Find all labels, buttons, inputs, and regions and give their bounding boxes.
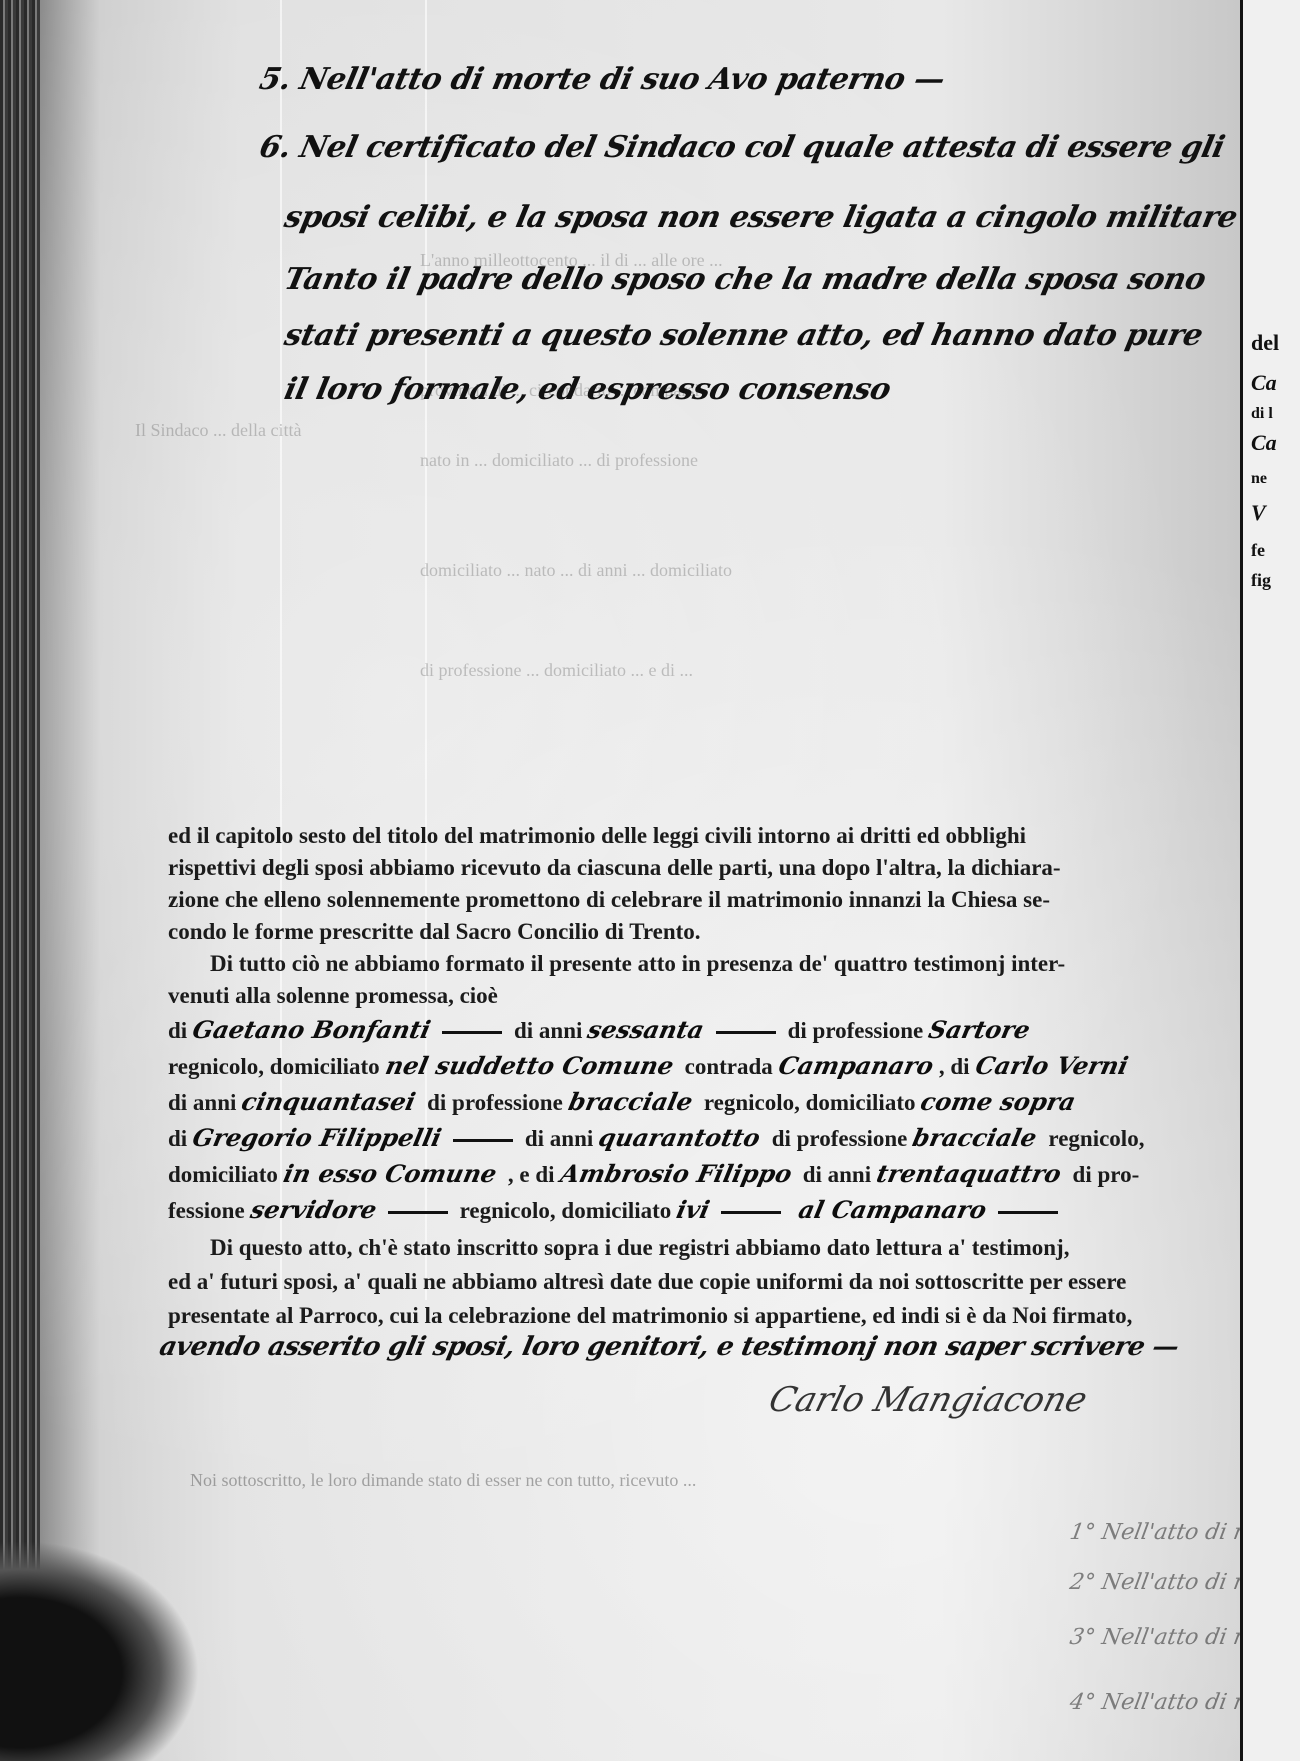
printed-line: condo le forme prescritte dal Sacro Conc… xyxy=(168,916,1248,948)
handwritten-note-line: sposi celibi, e la sposa non essere liga… xyxy=(281,200,1240,235)
witness-profession: Sartore xyxy=(926,1014,1033,1046)
witness-line-1: diGaetano Bonfanti di annisessanta di pr… xyxy=(168,1014,1248,1047)
witness-name: Gaetano Bonfanti xyxy=(190,1014,434,1046)
witness-age: cinquantasei xyxy=(239,1086,419,1118)
witness-residence: ivi xyxy=(674,1194,713,1226)
witness-age: sessanta xyxy=(585,1014,707,1046)
bleed-through-text: Noi sottoscritto, le loro dimande stato … xyxy=(190,1470,696,1491)
bleed-through-text: nato in ... domiciliato ... di professio… xyxy=(420,450,698,471)
witness-line-3: di annicinquantasei di professionebracci… xyxy=(168,1086,1248,1119)
handwritten-note-line: Tanto il padre dello sposo che la madre … xyxy=(281,262,1208,297)
bleed-through-text: di professione ... domiciliato ... e di … xyxy=(420,660,693,681)
witness-age: trentaquattro xyxy=(874,1158,1065,1190)
handwritten-note-5: 5. Nell'atto di morte di suo Avo paterno… xyxy=(256,62,947,97)
printed-line: ed a' futuri sposi, a' quali ne abbiamo … xyxy=(168,1266,1248,1298)
handwritten-note-line: il loro formale, ed espresso consenso xyxy=(281,372,893,407)
witness-age: quarantotto xyxy=(596,1122,764,1154)
registrar-signature: Carlo Mangiacone xyxy=(765,1380,1092,1420)
witness-street: Campanaro xyxy=(775,1050,936,1082)
witness-line-6: fessioneservidore regnicolo, domiciliato… xyxy=(168,1194,1248,1227)
printed-line: Di tutto ciò ne abbiamo formato il prese… xyxy=(210,948,1290,980)
witness-residence: in esso Comune xyxy=(280,1158,499,1190)
printed-line: ed il capitolo sesto del titolo del matr… xyxy=(168,820,1248,852)
printed-line: zione che elleno solennemente promettono… xyxy=(168,884,1248,916)
witness-line-2: regnicolo, domiciliatonel suddetto Comun… xyxy=(168,1050,1248,1083)
closing-handwritten-note: avendo asserito gli sposi, loro genitori… xyxy=(157,1332,1182,1362)
printed-line: venuti alla solenne promessa, cioè xyxy=(168,980,1248,1012)
witness-line-4: diGregorio Filippelli di anniquarantotto… xyxy=(168,1122,1248,1155)
printed-line: rispettivi degli sposi abbiamo ricevuto … xyxy=(168,852,1248,884)
witness-profession: bracciale xyxy=(910,1122,1040,1154)
bleed-through-text: Il Sindaco ... della città xyxy=(135,420,301,441)
witness-profession: bracciale xyxy=(565,1086,695,1118)
witness-line-5: domiciliatoin esso Comune , e diAmbrosio… xyxy=(168,1158,1248,1191)
witness-residence: come sopra xyxy=(918,1086,1079,1118)
witness-street: al Campanaro xyxy=(796,1194,990,1226)
handwritten-note-6: 6. Nel certificato del Sindaco col quale… xyxy=(256,130,1227,165)
thumb-holding-page xyxy=(0,1540,200,1761)
witness-name: Gregorio Filippelli xyxy=(190,1122,445,1154)
adjacent-page-strip: del Ca di l Ca ne V fe fig xyxy=(1240,0,1300,1761)
bleed-through-text: domiciliato ... nato ... di anni ... dom… xyxy=(420,560,732,581)
witness-residence: nel suddetto Comune xyxy=(382,1050,676,1082)
witness-name: Carlo Verni xyxy=(972,1050,1130,1082)
printed-line: presentate al Parroco, cui la celebrazio… xyxy=(168,1300,1248,1332)
handwritten-note-line: stati presenti a questo solenne atto, ed… xyxy=(281,318,1205,353)
witness-name: Ambrosio Filippo xyxy=(557,1158,794,1190)
witness-profession: servidore xyxy=(247,1194,379,1226)
printed-line: Di questo atto, ch'è stato inscritto sop… xyxy=(210,1232,1290,1264)
